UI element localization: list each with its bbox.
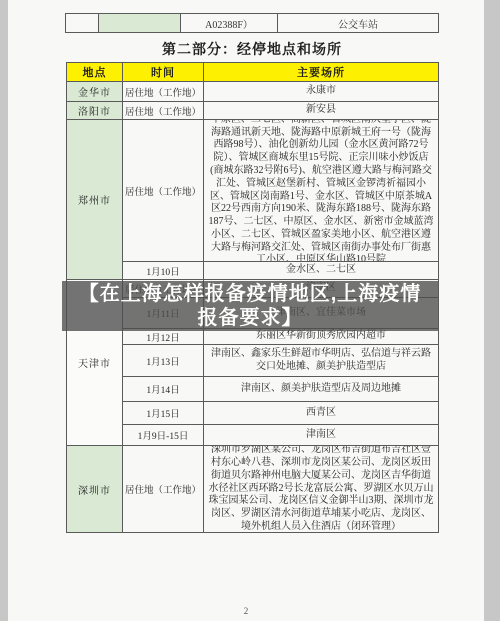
table-row: 金华市居住地（工作地）永康市 [67, 82, 439, 102]
table-row: 1月13日津南区、鑫家乐生鲜超市华明店、弘信道与祥云路交口处地摊、颜美护肤造型店 [67, 345, 439, 377]
caption-line-1: 【在上海怎样报备疫情地区,上海疫情 [79, 282, 422, 306]
header-places: 主要场所 [204, 63, 439, 82]
caption-overlay: 【在上海怎样报备疫情地区,上海疫情 报备要求】 [62, 281, 438, 331]
section-title: 第二部分：经停地点和场所 [66, 39, 438, 57]
table-row: 1月10日金水区、二七区 [67, 262, 439, 280]
time-cell: 居住地（工作地） [123, 102, 204, 120]
time-cell: 1月15日 [123, 402, 204, 425]
time-cell: 1月10日 [123, 262, 204, 280]
time-cell: 1月13日 [123, 345, 204, 377]
places-cell: 西青区 [204, 402, 439, 425]
table-row: 1月15日西青区 [67, 402, 439, 425]
top-table-cell-plate: A02388F） [181, 14, 278, 33]
places-cell: 津南区、颜美护肤造型店及周边地摊 [204, 377, 439, 402]
places-cell: 中原区、二七区、高新区、管城区南庆里小区、陇海路通讯新天地、陇海路中原新城王府一… [204, 120, 439, 262]
header-time: 时间 [123, 63, 204, 82]
table-row: 洛阳市居住地（工作地）新安县 [67, 102, 439, 120]
caption-line-2: 报备要求】 [198, 306, 303, 330]
table-row: 1月14日津南区、颜美护肤造型店及周边地摊 [67, 377, 439, 402]
location-cell: 金华市 [67, 82, 123, 102]
places-cell: 新安县 [204, 102, 439, 120]
time-cell: 居住地（工作地） [123, 446, 204, 533]
time-cell: 居住地（工作地） [123, 82, 204, 102]
table-header-row: 地点 时间 主要场所 [67, 63, 439, 82]
location-cell: 郑州市 [67, 120, 123, 280]
location-cell: 深圳市 [67, 446, 123, 533]
places-cell: 永康市 [204, 82, 439, 102]
places-cell: 深圳市罗湖区某公司、龙岗区布吉街道布吉社区壹村东心岭八巷、深圳市龙岗区某公司、龙… [204, 446, 439, 533]
places-cell: 金水区、二七区 [204, 262, 439, 280]
top-table-cell-busstop: 公交车站 [278, 14, 439, 33]
header-location: 地点 [67, 63, 123, 82]
top-table-cell-empty [66, 14, 99, 33]
top-table-cell-green [99, 14, 181, 33]
time-cell: 1月9日-15日 [123, 425, 204, 446]
top-partial-table: A02388F） 公交车站 [65, 13, 439, 33]
page-number: 2 [8, 606, 484, 616]
location-cell: 洛阳市 [67, 102, 123, 120]
table-row: 1月9日-15日津南区 [67, 425, 439, 446]
places-cell: 津南区 [204, 425, 439, 446]
time-cell: 居住地（工作地） [123, 120, 204, 262]
places-cell: 津南区、鑫家乐生鲜超市华明店、弘信道与祥云路交口处地摊、颜美护肤造型店 [204, 345, 439, 377]
scanned-page: A02388F） 公交车站 第二部分：经停地点和场所 地点 时间 主要场所 金华… [8, 0, 484, 621]
table-row: 深圳市居住地（工作地）深圳市罗湖区某公司、龙岗区布吉街道布吉社区壹村东心岭八巷、… [67, 446, 439, 533]
table-row: 郑州市居住地（工作地）中原区、二七区、高新区、管城区南庆里小区、陇海路通讯新天地… [67, 120, 439, 262]
time-cell: 1月14日 [123, 377, 204, 402]
